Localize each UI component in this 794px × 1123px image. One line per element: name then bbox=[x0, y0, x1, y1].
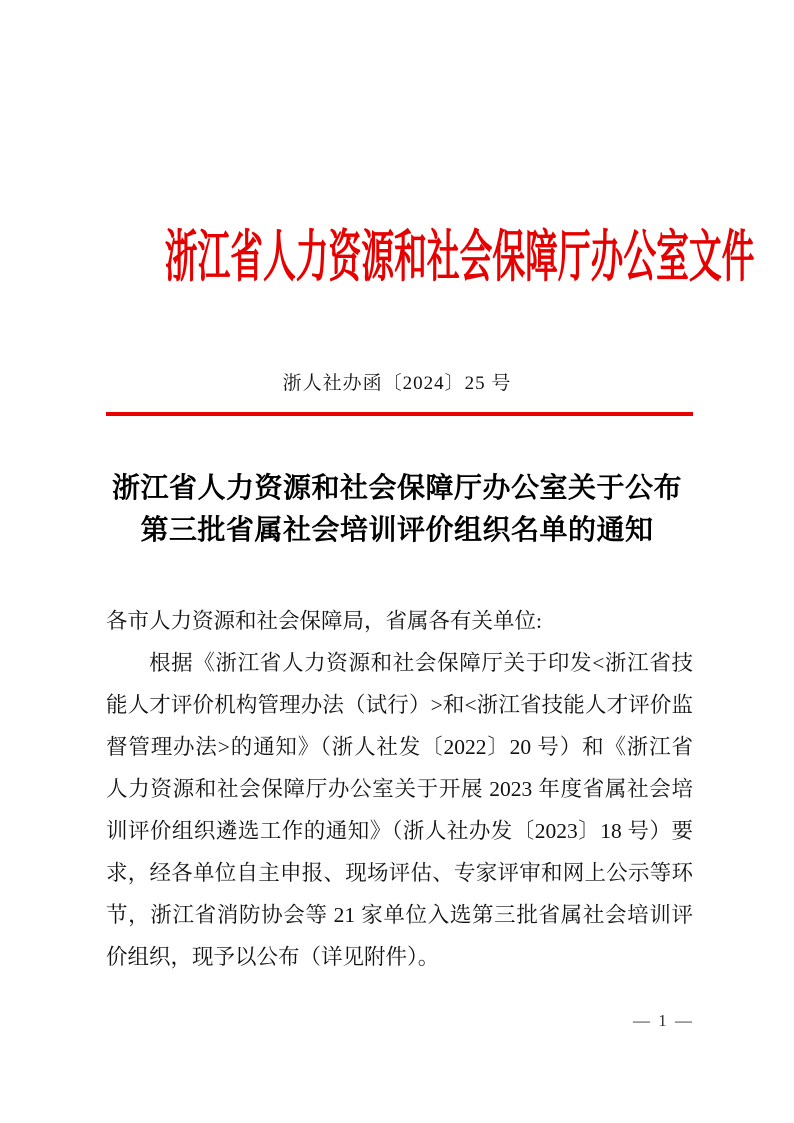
document-title: 浙江省人力资源和社会保障厅办公室关于公布 第三批省属社会培训评价组织名单的通知 bbox=[0, 468, 794, 552]
letterhead-divider-line bbox=[106, 412, 693, 416]
page-number: — 1 — bbox=[0, 1010, 694, 1032]
document-page: 浙江省人力资源和社会保障厅办公室文件 浙人社办函〔2024〕25 号 浙江省人力… bbox=[0, 0, 794, 1123]
document-title-line1: 浙江省人力资源和社会保障厅办公室关于公布 bbox=[0, 468, 794, 510]
salutation: 各市人力资源和社会保障局，省属各有关单位: bbox=[106, 600, 693, 642]
document-number: 浙人社办函〔2024〕25 号 bbox=[0, 370, 794, 398]
letterhead-title: 浙江省人力资源和社会保障厅办公室文件 bbox=[165, 224, 629, 292]
body-paragraph: 根据《浙江省人力资源和社会保障厅关于印发<浙江省技能人才评价机构管理办法（试行）… bbox=[106, 642, 693, 978]
document-title-line2: 第三批省属社会培训评价组织名单的通知 bbox=[0, 510, 794, 552]
document-body: 各市人力资源和社会保障局，省属各有关单位: 根据《浙江省人力资源和社会保障厅关于… bbox=[106, 600, 693, 978]
